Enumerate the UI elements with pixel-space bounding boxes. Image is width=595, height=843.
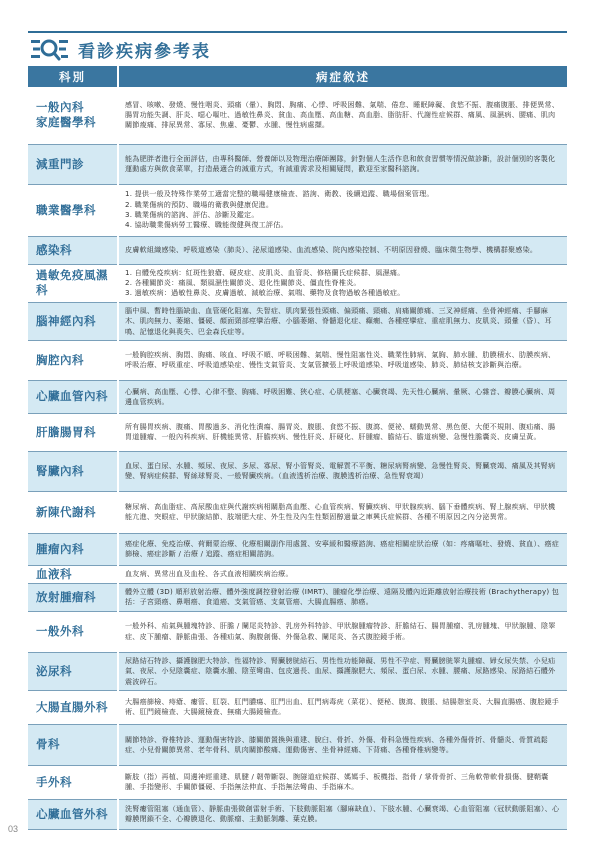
description-text: 能為肥胖者進行全面評估，由專科醫師、營養師以及物理治療師團隊，針對個人生活作息和… [125,154,561,175]
description-text: 皮膚軟組織感染、呼吸道感染（肺炎）、泌尿道感染、血流感染、院內感染控制、不明原因… [125,245,561,255]
description-cell: 血尿、蛋白尿、水腫、頻尿、夜尿、多尿、寡尿、腎小管腎炎、電解質不平衡、糖尿病腎病… [118,451,567,491]
department-cell: 腫瘤內科 [28,533,118,565]
description-text: 一般外科、疝氣與腫塊特診、肝膽 / 闌尾炎特診、乳房外科特診、甲狀腺腫瘤特診、肝… [125,621,561,642]
description-text: 1. 自體免疫疾病：紅斑性狼瘡、硬皮症、皮肌炎、血管炎、修格蘭氏症候群、風濕痛。 [125,268,561,278]
table-row: 新陳代謝科糖尿病、高血脂症、高尿酸血症與代謝疾病相關脂高血壓、心血管疾病、腎臟疾… [28,491,567,533]
department-name: 一般內科 [36,100,117,115]
table-row: 手外科斷肢（指）再植、周邊神經重建、肌腱 / 韌帶斷裂、腕隧道症候群、媽媽手、板… [28,765,567,799]
table-row: 感染科皮膚軟組織感染、呼吸道感染（肺炎）、泌尿道感染、血流感染、院內感染控制、不… [28,236,567,264]
department-cell: 過敏免疫風濕科 [28,264,118,302]
department-name: 新陳代謝科 [36,505,117,520]
description-text: 3. 職業傷病的諮詢、評估、診斷及鑑定。 [125,210,561,220]
description-cell: 皮膚軟組織感染、呼吸道感染（肺炎）、泌尿道感染、血流感染、院內感染控制、不明原因… [118,236,567,264]
department-name: 減重門診 [36,157,117,172]
description-text: 關節特診、脊椎特診、運動傷害特診、膝關節置換與重建、脫臼、骨折、外傷、骨科急慢性… [125,735,561,756]
department-cell: 減重門診 [28,144,118,184]
description-text: 4. 協助職業傷病勞工醫療、職能復健與復工評估。 [125,220,561,230]
department-name: 職業醫學科 [36,203,117,218]
page-title: 看診疾病參考表 [78,37,211,62]
description-cell: 1. 提供一般及特殊作業勞工適當完整的職場健康檢查、諮詢、衛教、後續追蹤、職場個… [118,184,567,236]
description-text: 心臟病、高血壓、心悸、心律不整、胸痛、呼吸困難、狹心症、心肌梗塞、心臟衰竭、先天… [125,387,561,408]
description-cell: 血友病、異常出血及血栓、各式血液相關疾病治療。 [118,565,567,583]
department-name: 腎臟內科 [36,464,117,479]
description-cell: 癌症化療、免疫治療、荷爾蒙治療、化療相關副作用處置、安寧緩和醫療諮詢、癌症相關症… [118,533,567,565]
table-row: 心臟血管外科洗腎瘻管阻塞（通血管）、靜脈曲張微創雷射手術、下肢動脈阻塞（腳麻缺血… [28,799,567,829]
description-text: 1. 提供一般及特殊作業勞工適當完整的職場健康檢查、諮詢、衛教、後續追蹤、職場個… [125,189,561,199]
department-cell: 肝膽腸胃科 [28,413,118,451]
department-name: 心臟血管外科 [36,807,117,822]
description-text: 2. 職業傷病的預防、職場的衛教與健康促進。 [125,200,561,210]
description-text: 感冒、咳嗽、發燒、慢性咽炎、頭痛（暈）、胸悶、胸痛、心悸、呼吸困難、氣喘、倦怠、… [125,100,561,131]
table-row: 泌尿科尿路結石特診、攝護腺肥大特診、性福特診、腎臟膀胱結石、男性性功能障礙、男性… [28,652,567,690]
search-list-icon [30,37,70,61]
table-row: 腫瘤內科癌症化療、免疫治療、荷爾蒙治療、化療相關副作用處置、安寧緩和醫療諮詢、癌… [28,533,567,565]
department-name: 感染科 [36,243,117,258]
department-name: 一般外科 [36,624,117,639]
description-text: 糖尿病、高血脂症、高尿酸血症與代謝疾病相關脂高血壓、心血管疾病、腎臟疾病、甲狀腺… [125,502,561,523]
table-row: 胸腔內科一般胸腔疾病、胸悶、胸痛、咳血、呼吸不順、呼吸困難、氣喘、慢性阻塞性炎、… [28,340,567,380]
department-cell: 職業醫學科 [28,184,118,236]
description-cell: 尿路結石特診、攝護腺肥大特診、性福特診、腎臟膀胱結石、男性性功能障礙、男性不孕症… [118,652,567,690]
description-text: 血友病、異常出血及血栓、各式血液相關疾病治療。 [125,569,561,579]
department-cell: 血液科 [28,565,118,583]
table-row: 一般內科家庭醫學科感冒、咳嗽、發燒、慢性咽炎、頭痛（暈）、胸悶、胸痛、心悸、呼吸… [28,87,567,144]
column-header-description: 病症敘述 [118,66,567,87]
department-cell: 胸腔內科 [28,340,118,380]
page-number: 03 [8,824,18,834]
description-cell: 能為肥胖者進行全面評估，由專科醫師、營養師以及物理治療師團隊，針對個人生活作息和… [118,144,567,184]
description-text: 所有腸胃疾病、腹痛、胃酸過多、消化性潰瘍、腸胃炎、腹脹、食慾不振、腹瀉、便祕、蠕… [125,422,561,443]
department-name: 過敏免疫風濕科 [36,268,117,298]
table-row: 放射腫瘤科體外立體 (3D) 順形放射治療、體外強度調控發射治療 (IMRT)、… [28,583,567,611]
department-name: 肝膽腸胃科 [36,425,117,440]
department-cell: 心臟血管外科 [28,799,118,829]
department-name: 血液科 [36,567,117,582]
table-row: 職業醫學科1. 提供一般及特殊作業勞工適當完整的職場健康檢查、諮詢、衛教、後續追… [28,184,567,236]
table-row: 心臟血管內科心臟病、高血壓、心悸、心律不整、胸痛、呼吸困難、狹心症、心肌梗塞、心… [28,380,567,413]
description-cell: 所有腸胃疾病、腹痛、胃酸過多、消化性潰瘍、腸胃炎、腹脹、食慾不振、腹瀉、便祕、蠕… [118,413,567,451]
description-text: 大腸癌篩檢、痔瘡、瘻管、肛裂、肛門膿瘍、肛門出血、肛門病毒疣（菜花）、便秘、腹瀉… [125,697,561,718]
title-rule [28,31,567,33]
description-text: 血尿、蛋白尿、水腫、頻尿、夜尿、多尿、寡尿、腎小管腎炎、電解質不平衡、糖尿病腎病… [125,461,561,482]
table-row: 腎臟內科血尿、蛋白尿、水腫、頻尿、夜尿、多尿、寡尿、腎小管腎炎、電解質不平衡、糖… [28,451,567,491]
description-cell: 體外立體 (3D) 順形放射治療、體外強度調控發射治療 (IMRT)、腫瘤化學治… [118,583,567,611]
department-cell: 一般外科 [28,611,118,652]
department-name: 泌尿科 [36,664,117,679]
description-text: 腦中風、暫時性腦缺血、血管硬化阻塞、失智症、肌肉緊張性頭痛、偏頭痛、頸痛、肩痛關… [125,306,561,337]
department-name: 骨科 [36,737,117,752]
department-name: 手外科 [36,775,117,790]
department-name: 胸腔內科 [36,353,117,368]
department-cell: 新陳代謝科 [28,491,118,533]
description-text: 尿路結石特診、攝護腺肥大特診、性福特診、腎臟膀胱結石、男性性功能障礙、男性不孕症… [125,656,561,687]
table-row: 肝膽腸胃科所有腸胃疾病、腹痛、胃酸過多、消化性潰瘍、腸胃炎、腹脹、食慾不振、腹瀉… [28,413,567,451]
description-cell: 一般胸腔疾病、胸悶、胸痛、咳血、呼吸不順、呼吸困難、氣喘、慢性阻塞性炎、職業性肺… [118,340,567,380]
table-row: 腦神經內科腦中風、暫時性腦缺血、血管硬化阻塞、失智症、肌肉緊張性頭痛、偏頭痛、頸… [28,302,567,340]
description-cell: 糖尿病、高血脂症、高尿酸血症與代謝疾病相關脂高血壓、心血管疾病、腎臟疾病、甲狀腺… [118,491,567,533]
table-row: 過敏免疫風濕科1. 自體免疫疾病：紅斑性狼瘡、硬皮症、皮肌炎、血管炎、修格蘭氏症… [28,264,567,302]
description-cell: 洗腎瘻管阻塞（通血管）、靜脈曲張微創雷射手術、下肢動脈阻塞（腳麻缺血）、下肢水腫… [118,799,567,829]
column-header-department: 科別 [28,66,118,87]
page-header: 看診疾病參考表 [30,36,211,62]
department-cell: 感染科 [28,236,118,264]
department-name: 大腸直腸外科 [36,700,117,715]
description-cell: 一般外科、疝氣與腫塊特診、肝膽 / 闌尾炎特診、乳房外科特診、甲狀腺腫瘤特診、肝… [118,611,567,652]
department-cell: 手外科 [28,765,118,799]
department-name: 放射腫瘤科 [36,590,117,605]
table-row: 減重門診能為肥胖者進行全面評估，由專科醫師、營養師以及物理治療師團隊，針對個人生… [28,144,567,184]
department-cell: 泌尿科 [28,652,118,690]
department-name: 腫瘤內科 [36,542,117,557]
description-cell: 腦中風、暫時性腦缺血、血管硬化阻塞、失智症、肌肉緊張性頭痛、偏頭痛、頸痛、肩痛關… [118,302,567,340]
department-name: 家庭醫學科 [36,115,117,130]
department-name: 心臟血管內科 [36,389,117,404]
table-row: 骨科關節特診、脊椎特診、運動傷害特診、膝關節置換與重建、脫臼、骨折、外傷、骨科急… [28,724,567,765]
disease-reference-table: 科別 病症敘述 一般內科家庭醫學科感冒、咳嗽、發燒、慢性咽炎、頭痛（暈）、胸悶、… [28,66,567,830]
description-cell: 大腸癌篩檢、痔瘡、瘻管、肛裂、肛門膿瘍、肛門出血、肛門病毒疣（菜花）、便秘、腹瀉… [118,690,567,724]
description-text: 體外立體 (3D) 順形放射治療、體外強度調控發射治療 (IMRT)、腫瘤化學治… [125,587,561,608]
table-row: 血液科血友病、異常出血及血栓、各式血液相關疾病治療。 [28,565,567,583]
description-text: 癌症化療、免疫治療、荷爾蒙治療、化療相關副作用處置、安寧緩和醫療諮詢、癌症相關症… [125,539,561,560]
table-row: 大腸直腸外科大腸癌篩檢、痔瘡、瘻管、肛裂、肛門膿瘍、肛門出血、肛門病毒疣（菜花）… [28,690,567,724]
description-cell: 心臟病、高血壓、心悸、心律不整、胸痛、呼吸困難、狹心症、心肌梗塞、心臟衰竭、先天… [118,380,567,413]
description-cell: 感冒、咳嗽、發燒、慢性咽炎、頭痛（暈）、胸悶、胸痛、心悸、呼吸困難、氣喘、倦怠、… [118,87,567,144]
table-body: 一般內科家庭醫學科感冒、咳嗽、發燒、慢性咽炎、頭痛（暈）、胸悶、胸痛、心悸、呼吸… [28,87,567,829]
department-cell: 腎臟內科 [28,451,118,491]
description-cell: 斷肢（指）再植、周邊神經重建、肌腱 / 韌帶斷裂、腕隧道症候群、媽媽手、板機指、… [118,765,567,799]
department-cell: 心臟血管內科 [28,380,118,413]
table-header-row: 科別 病症敘述 [28,66,567,87]
department-name: 腦神經內科 [36,314,117,329]
description-cell: 1. 自體免疫疾病：紅斑性狼瘡、硬皮症、皮肌炎、血管炎、修格蘭氏症候群、風濕痛。… [118,264,567,302]
department-cell: 骨科 [28,724,118,765]
department-cell: 腦神經內科 [28,302,118,340]
description-text: 斷肢（指）再植、周邊神經重建、肌腱 / 韌帶斷裂、腕隧道症候群、媽媽手、板機指、… [125,772,561,793]
department-cell: 一般內科家庭醫學科 [28,87,118,144]
table-row: 一般外科一般外科、疝氣與腫塊特診、肝膽 / 闌尾炎特診、乳房外科特診、甲狀腺腫瘤… [28,611,567,652]
description-text: 2. 各種關節炎：痛風、類風濕性關節炎、退化性關節炎、僵直性脊椎炎。 [125,278,561,288]
department-cell: 大腸直腸外科 [28,690,118,724]
description-cell: 關節特診、脊椎特診、運動傷害特診、膝關節置換與重建、脫臼、骨折、外傷、骨科急慢性… [118,724,567,765]
department-cell: 放射腫瘤科 [28,583,118,611]
description-text: 一般胸腔疾病、胸悶、胸痛、咳血、呼吸不順、呼吸困難、氣喘、慢性阻塞性炎、職業性肺… [125,350,561,371]
description-text: 洗腎瘻管阻塞（通血管）、靜脈曲張微創雷射手術、下肢動脈阻塞（腳麻缺血）、下肢水腫… [125,804,561,825]
description-text: 3. 過敏疾病：過敏性鼻炎、皮膚過敏、減敏治療、氣喘、藥物及食物過敏各種過敏症。 [125,288,561,298]
